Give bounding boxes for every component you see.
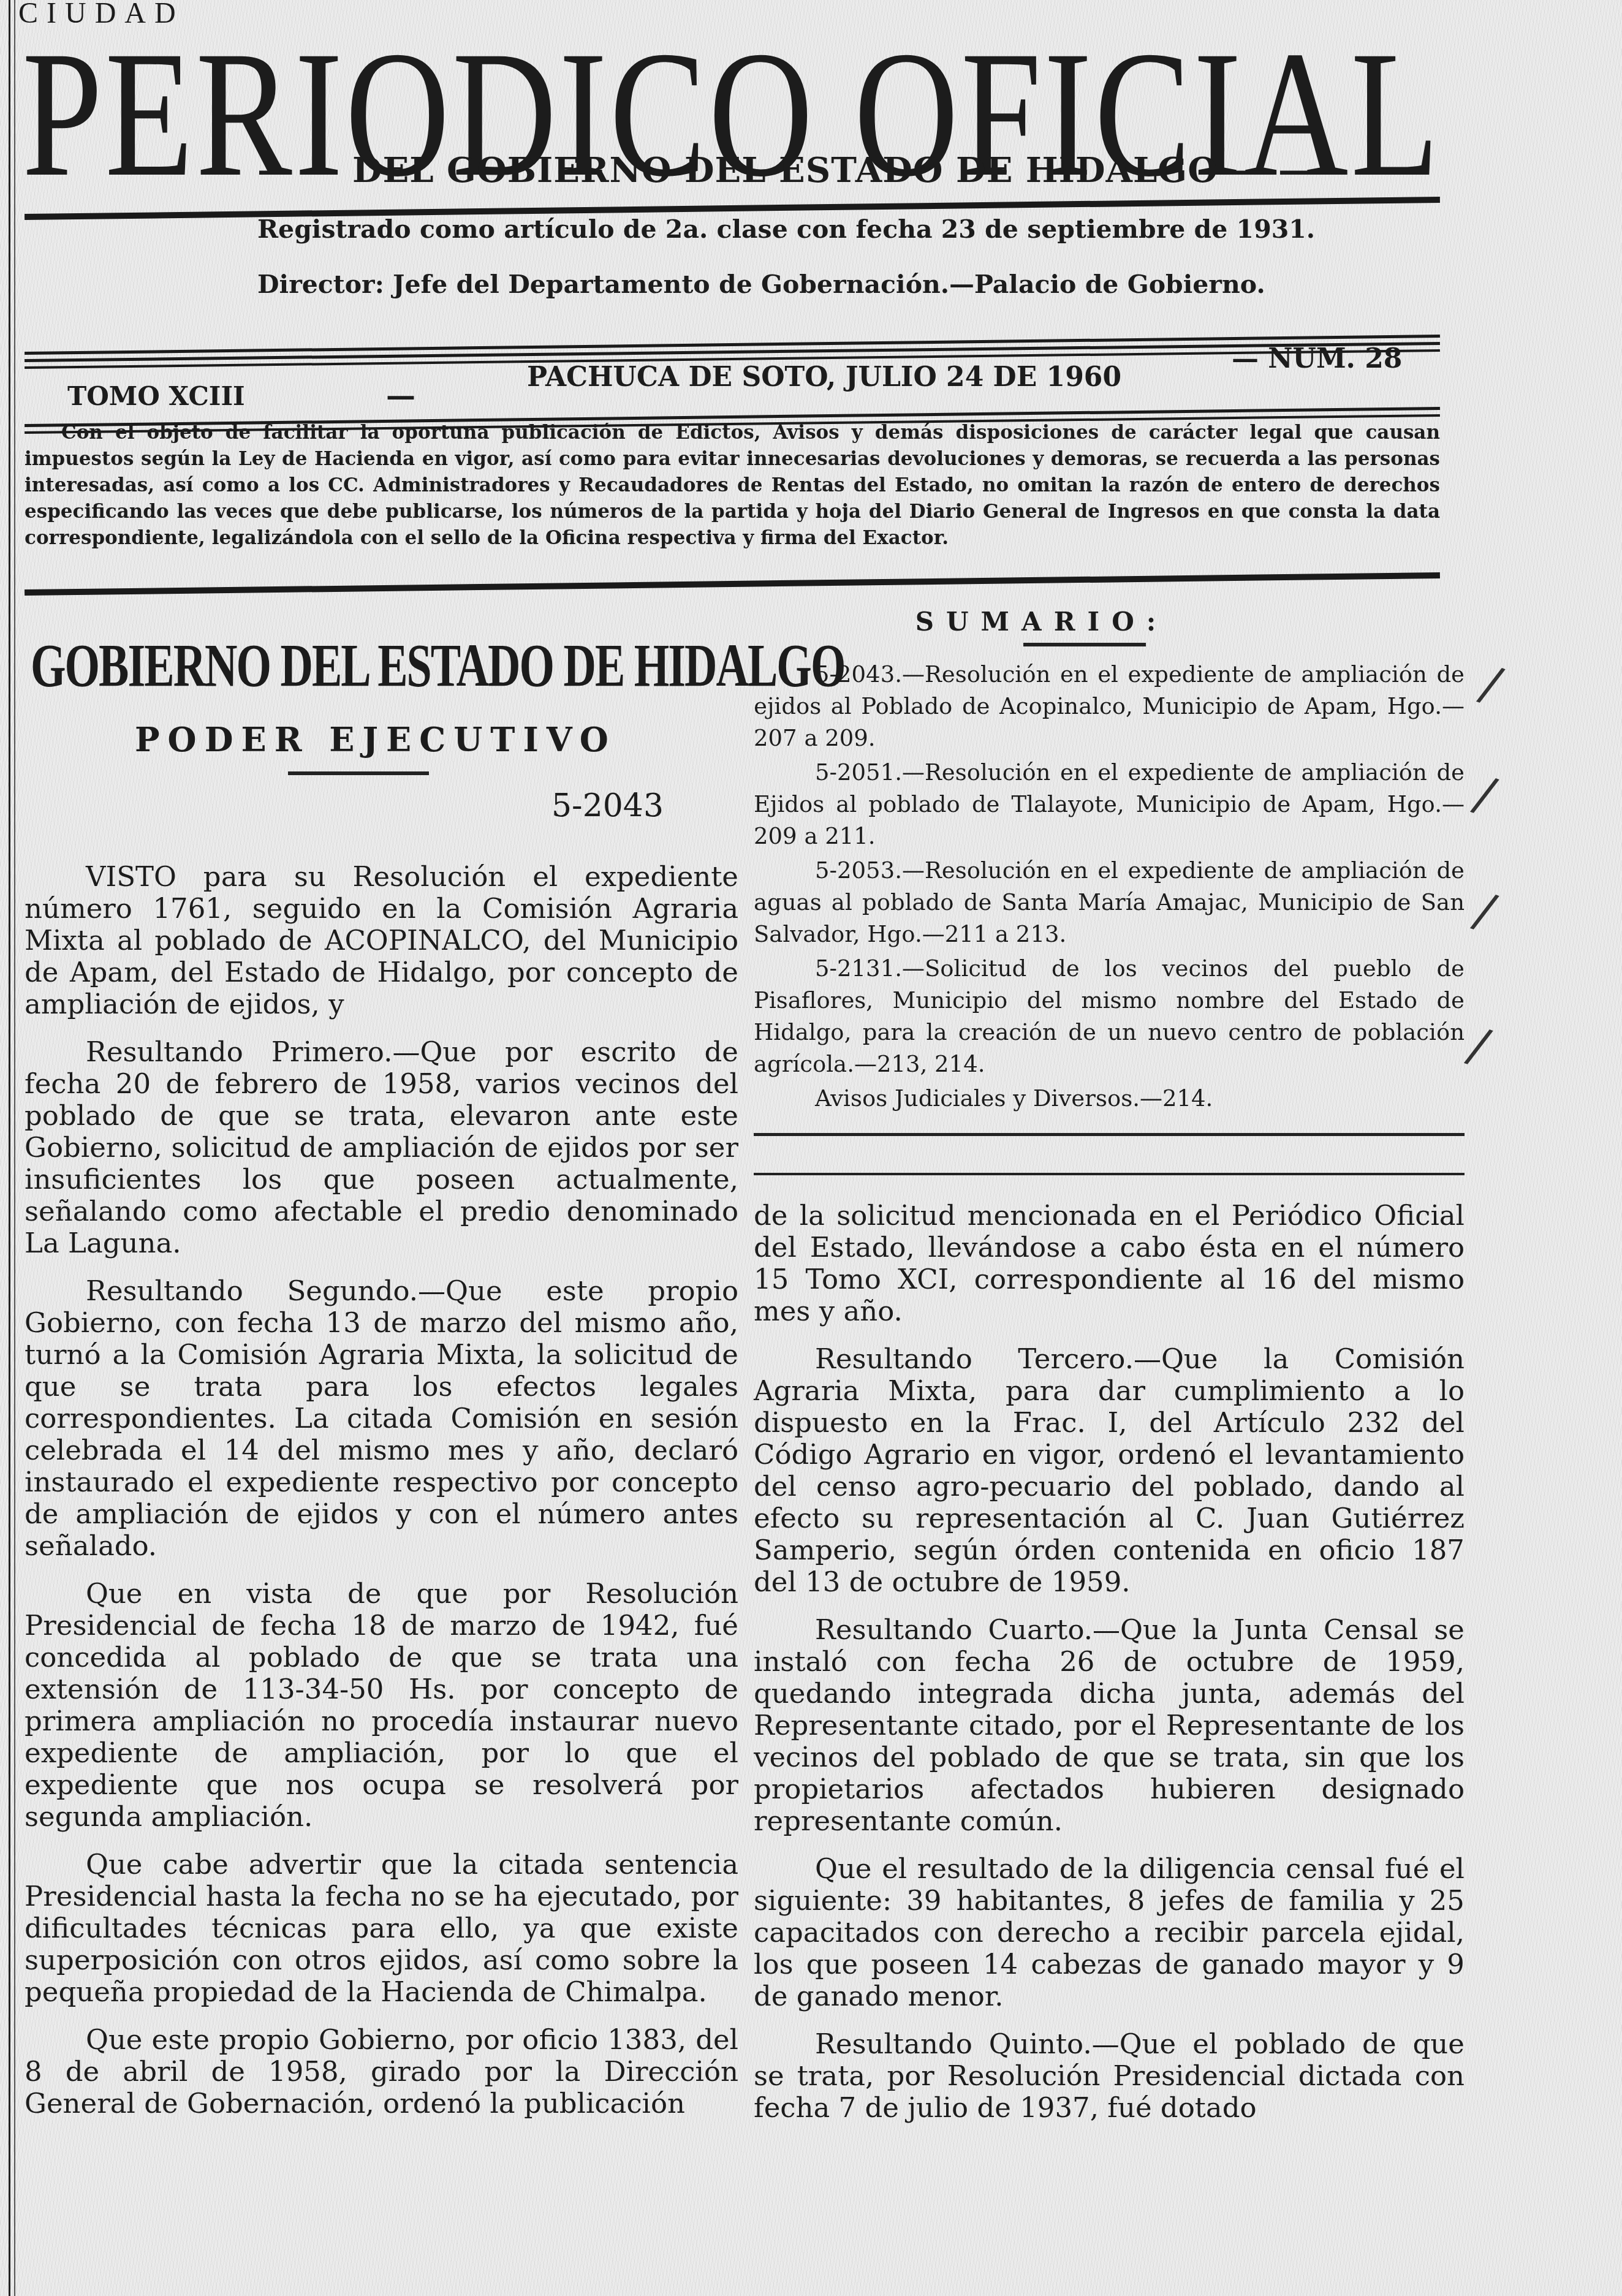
summary-rule bbox=[1023, 643, 1146, 646]
summary-item: 5-2051.—Resolución en el expediente de a… bbox=[754, 757, 1465, 852]
paragraph: Resultando Primero.—Que por escrito de f… bbox=[25, 1036, 738, 1259]
paragraph: Resultando Quinto.—Que el poblado de que… bbox=[754, 2028, 1465, 2124]
paragraph: Que el resultado de la diligencia censal… bbox=[754, 1853, 1465, 2012]
registration-line: Registrado como artículo de 2a. clase co… bbox=[257, 214, 1315, 244]
newspaper-page: CIUDAD PERIODICO OFICIAL — — DEL GOBIERN… bbox=[0, 0, 1622, 2296]
notice-rule bbox=[25, 572, 1440, 596]
issue-volume: TOMO XCIII bbox=[67, 381, 245, 411]
summary-item: 5-2053.—Resolución en el expediente de a… bbox=[754, 855, 1465, 950]
margin-pen-mark: / bbox=[1474, 654, 1509, 714]
paragraph: VISTO para su Resolución el expediente n… bbox=[25, 861, 738, 1020]
publication-notice: Con el objeto de facilitar la oportuna p… bbox=[25, 420, 1440, 551]
paragraph: Que en vista de que por Resolución Presi… bbox=[25, 1578, 738, 1833]
margin-pen-mark: / bbox=[1468, 765, 1503, 824]
section-heading: GOBIERNO DEL ESTADO DE HIDALGO bbox=[31, 631, 738, 702]
margin-pen-mark: / bbox=[1468, 881, 1503, 941]
heading-rule bbox=[288, 771, 429, 775]
section-subheading: PODER EJECUTIVO bbox=[135, 720, 738, 759]
issue-separator: — bbox=[386, 379, 415, 413]
summary-end-rule bbox=[754, 1133, 1465, 1136]
paragraph: de la solicitud mencionada en el Periódi… bbox=[754, 1200, 1465, 1327]
paragraph: Resultando Tercero.—Que la Comisión Agra… bbox=[754, 1343, 1465, 1598]
summary-item: Avisos Judiciales y Diversos.—214. bbox=[754, 1083, 1465, 1115]
masthead-subtitle: — — DEL GOBIERNO DEL ESTADO DE HIDALGO —… bbox=[257, 150, 1313, 191]
director-line: Director: Jefe del Departamento de Gober… bbox=[257, 270, 1265, 299]
paragraph: Resultando Cuarto.—Que la Junta Censal s… bbox=[754, 1614, 1465, 1837]
left-column-body: VISTO para su Resolución el expediente n… bbox=[25, 861, 738, 2120]
issue-place-date: PACHUCA DE SOTO, JULIO 24 DE 1960 bbox=[527, 362, 1121, 393]
right-column: SUMARIO: 5-2043.—Resolución en el expedi… bbox=[754, 607, 1465, 2140]
summary-title: SUMARIO: bbox=[889, 607, 1195, 637]
right-column-body: de la solicitud mencionada en el Periódi… bbox=[754, 1200, 1465, 2124]
column-separator-rule bbox=[754, 1173, 1465, 1175]
margin-pen-mark: / bbox=[1461, 1016, 1496, 1075]
paragraph: Que cabe advertir que la citada sentenci… bbox=[25, 1849, 738, 2008]
left-column: GOBIERNO DEL ESTADO DE HIDALGO PODER EJE… bbox=[25, 631, 738, 2135]
summary-item: 5-2043.—Resolución en el expediente de a… bbox=[754, 659, 1465, 754]
paragraph: Que este propio Gobierno, por oficio 138… bbox=[25, 2024, 738, 2120]
page-left-border bbox=[9, 0, 15, 2296]
summary-item: 5-2131.—Solicitud de los vecinos del pue… bbox=[754, 953, 1465, 1080]
resolution-reference: 5-2043 bbox=[551, 787, 738, 824]
paragraph: Resultando Segundo.—Que este propio Gobi… bbox=[25, 1275, 738, 1562]
issue-number: — NUM. 28 bbox=[1232, 343, 1402, 374]
